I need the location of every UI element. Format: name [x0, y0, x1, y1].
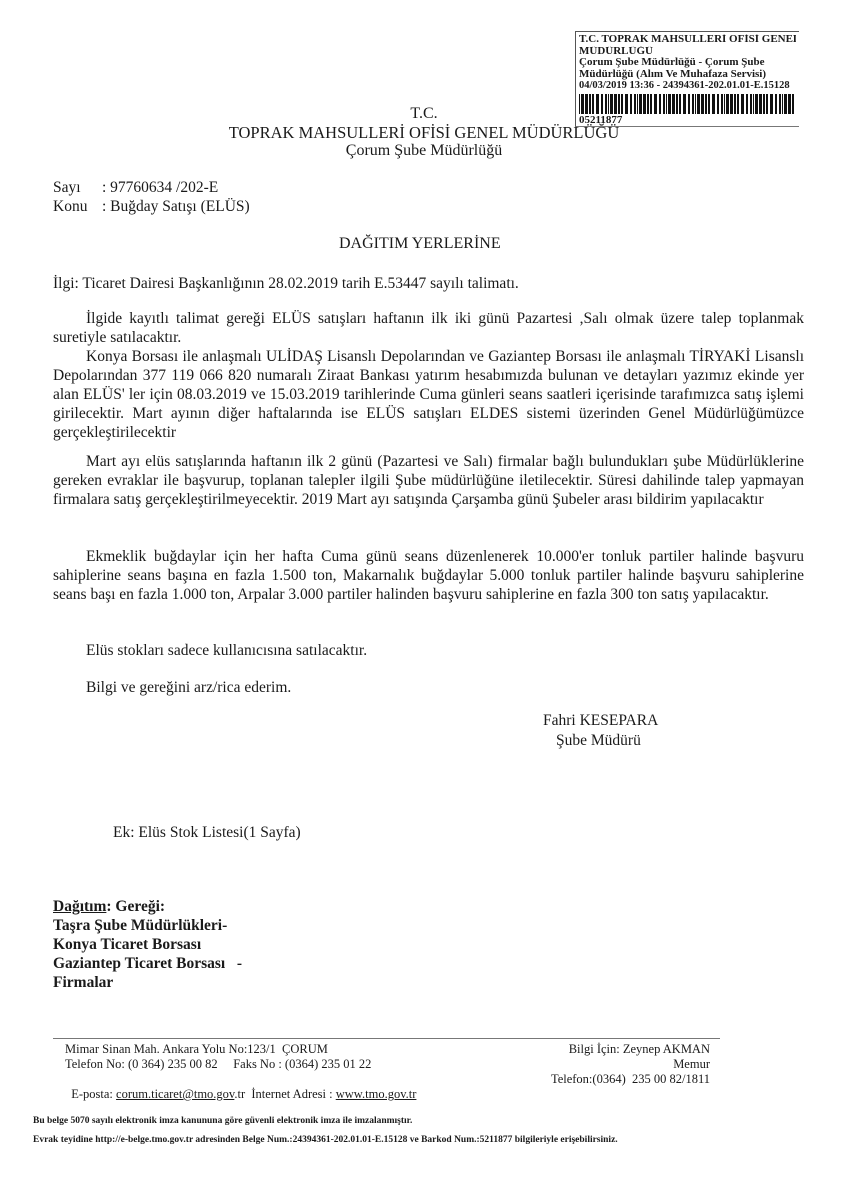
recipient: DAĞITIM YERLERİNE — [339, 234, 501, 253]
attachment: Ek: Elüs Stok Listesi(1 Sayfa) — [113, 823, 301, 842]
distribution-suffix: : Gereği: — [106, 898, 165, 915]
distribution-heading: Dağıtım: Gereği: — [53, 897, 165, 916]
distribution-label: Dağıtım — [53, 898, 106, 915]
stamp-line: 04/03/2019 13:36 - 24394361-202.01.01-E.… — [579, 80, 796, 92]
paragraph-3: Mart ayı elüs satışlarında haftanın ilk … — [53, 452, 804, 509]
footer-contact-links: E-posta: corum.ticaret@tmo.gov.tr İntern… — [65, 1072, 416, 1102]
signer-name: Fahri KESEPARA — [543, 711, 658, 730]
stamp-line: MÜDÜRLÜĞÜ — [579, 46, 796, 58]
paragraph-6: Bilgi ve gereğini arz/rica ederim. — [53, 678, 804, 697]
paragraph-5: Elüs stokları sadece kullanıcısına satıl… — [53, 641, 804, 660]
website-link[interactable]: www.tmo.gov.tr — [336, 1087, 417, 1101]
info-contact-role: Memur — [673, 1057, 710, 1072]
sayi-label: Sayı — [53, 178, 81, 197]
footer-address: Mimar Sinan Mah. Ankara Yolu No:123/1 ÇO… — [65, 1042, 328, 1057]
konu-value: : Buğday Satışı (ELÜS) — [102, 197, 250, 216]
stamp-line: T.C. TOPRAK MAHSULLERİ OFİSİ GENEL — [579, 34, 796, 46]
email-label: E-posta: — [71, 1087, 116, 1101]
info-contact-phone: Telefon:(0364) 235 00 82/1811 — [551, 1072, 710, 1087]
distribution-item: Taşra Şube Müdürlükleri- — [53, 916, 227, 935]
konu-label: Konu — [53, 197, 87, 216]
stamp-line: Çorum Şube Müdürlüğü - Çorum Şube — [579, 57, 796, 69]
info-contact: Bilgi İçin: Zeynep AKMAN — [569, 1042, 710, 1057]
sayi-value: : 97760634 /202-E — [102, 178, 218, 197]
paragraph-1: İlgide kayıtlı talimat gereği ELÜS satış… — [53, 309, 804, 347]
legal-esignature-notice: Bu belge 5070 sayılı elektronik imza kan… — [33, 1116, 412, 1126]
signer-title: Şube Müdürü — [556, 731, 641, 750]
email-link[interactable]: corum.ticaret@tmo.gov — [116, 1087, 234, 1101]
ilgi-reference: İlgi: Ticaret Dairesi Başkanlığının 28.0… — [53, 274, 519, 293]
footer-phone: Telefon No: (0 364) 235 00 82 Faks No : … — [65, 1057, 371, 1072]
stamp-line: Müdürlüğü (Alım Ve Muhafaza Servisi) — [579, 69, 796, 81]
paragraph-2: Konya Borsası ile anlaşmalı ULİDAŞ Lisan… — [53, 347, 804, 442]
header-org: TOPRAK MAHSULLERİ OFİSİ GENEL MÜDÜRLÜĞÜ — [0, 123, 848, 143]
paragraph-4: Ekmeklik buğdaylar için her hafta Cuma g… — [53, 547, 804, 604]
distribution-item: Firmalar — [53, 973, 113, 992]
legal-verification-notice: Evrak teyidine http://e-belge.tmo.gov.tr… — [33, 1135, 618, 1145]
footer-divider — [53, 1038, 720, 1039]
email-suffix: .tr İnternet Adresi : — [234, 1087, 335, 1101]
header-tc: T.C. — [0, 105, 848, 123]
distribution-item: Gaziantep Ticaret Borsası - — [53, 954, 242, 973]
header-branch: Çorum Şube Müdürlüğü — [0, 142, 848, 160]
distribution-item: Konya Ticaret Borsası — [53, 935, 201, 954]
